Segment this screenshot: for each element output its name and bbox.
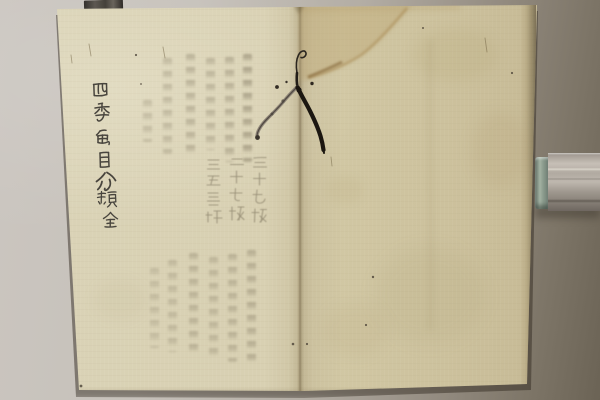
glass-block-end-cap	[535, 157, 549, 209]
book-cover	[0, 0, 600, 400]
edge-shading	[0, 0, 600, 400]
photo-background	[0, 0, 600, 400]
glass-block-body	[548, 153, 600, 211]
glass-block	[535, 151, 600, 213]
